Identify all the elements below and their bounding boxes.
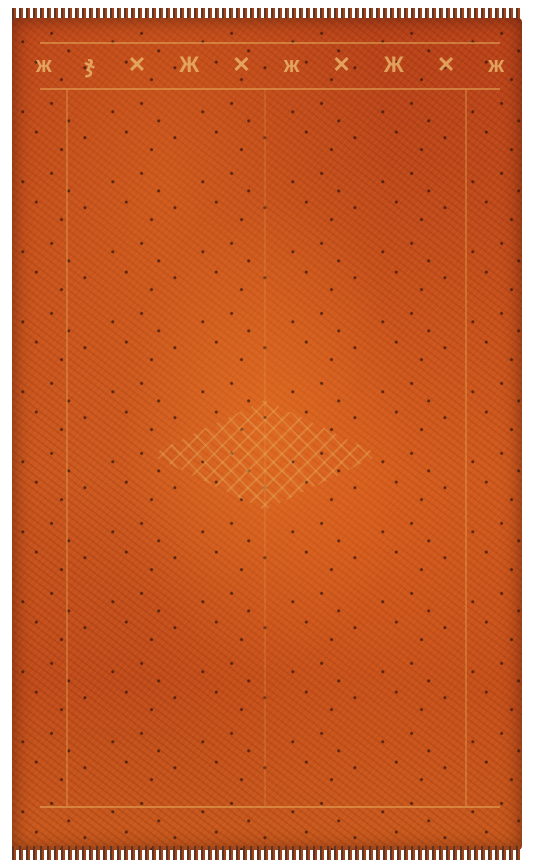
left-border-line — [66, 90, 68, 806]
motif: ж — [36, 52, 54, 78]
motif: Ж — [179, 52, 201, 78]
motif: ✕ — [437, 52, 457, 78]
bottom-fringe — [12, 846, 522, 860]
motif: ✕ — [232, 52, 252, 78]
right-border-line — [465, 90, 467, 806]
bottom-border-line — [40, 806, 500, 808]
motif-band: ж ჯ ✕ Ж ✕ ж ✕ Ж ✕ ж — [36, 50, 506, 80]
top-border-line — [40, 42, 500, 44]
motif: ✕ — [332, 52, 352, 78]
motif: ✕ — [128, 52, 148, 78]
motif: ж — [488, 52, 506, 78]
motif: ж — [284, 52, 302, 78]
motif: Ж — [384, 52, 406, 78]
motif: ჯ — [85, 52, 97, 78]
inner-top-border-line — [40, 88, 500, 90]
